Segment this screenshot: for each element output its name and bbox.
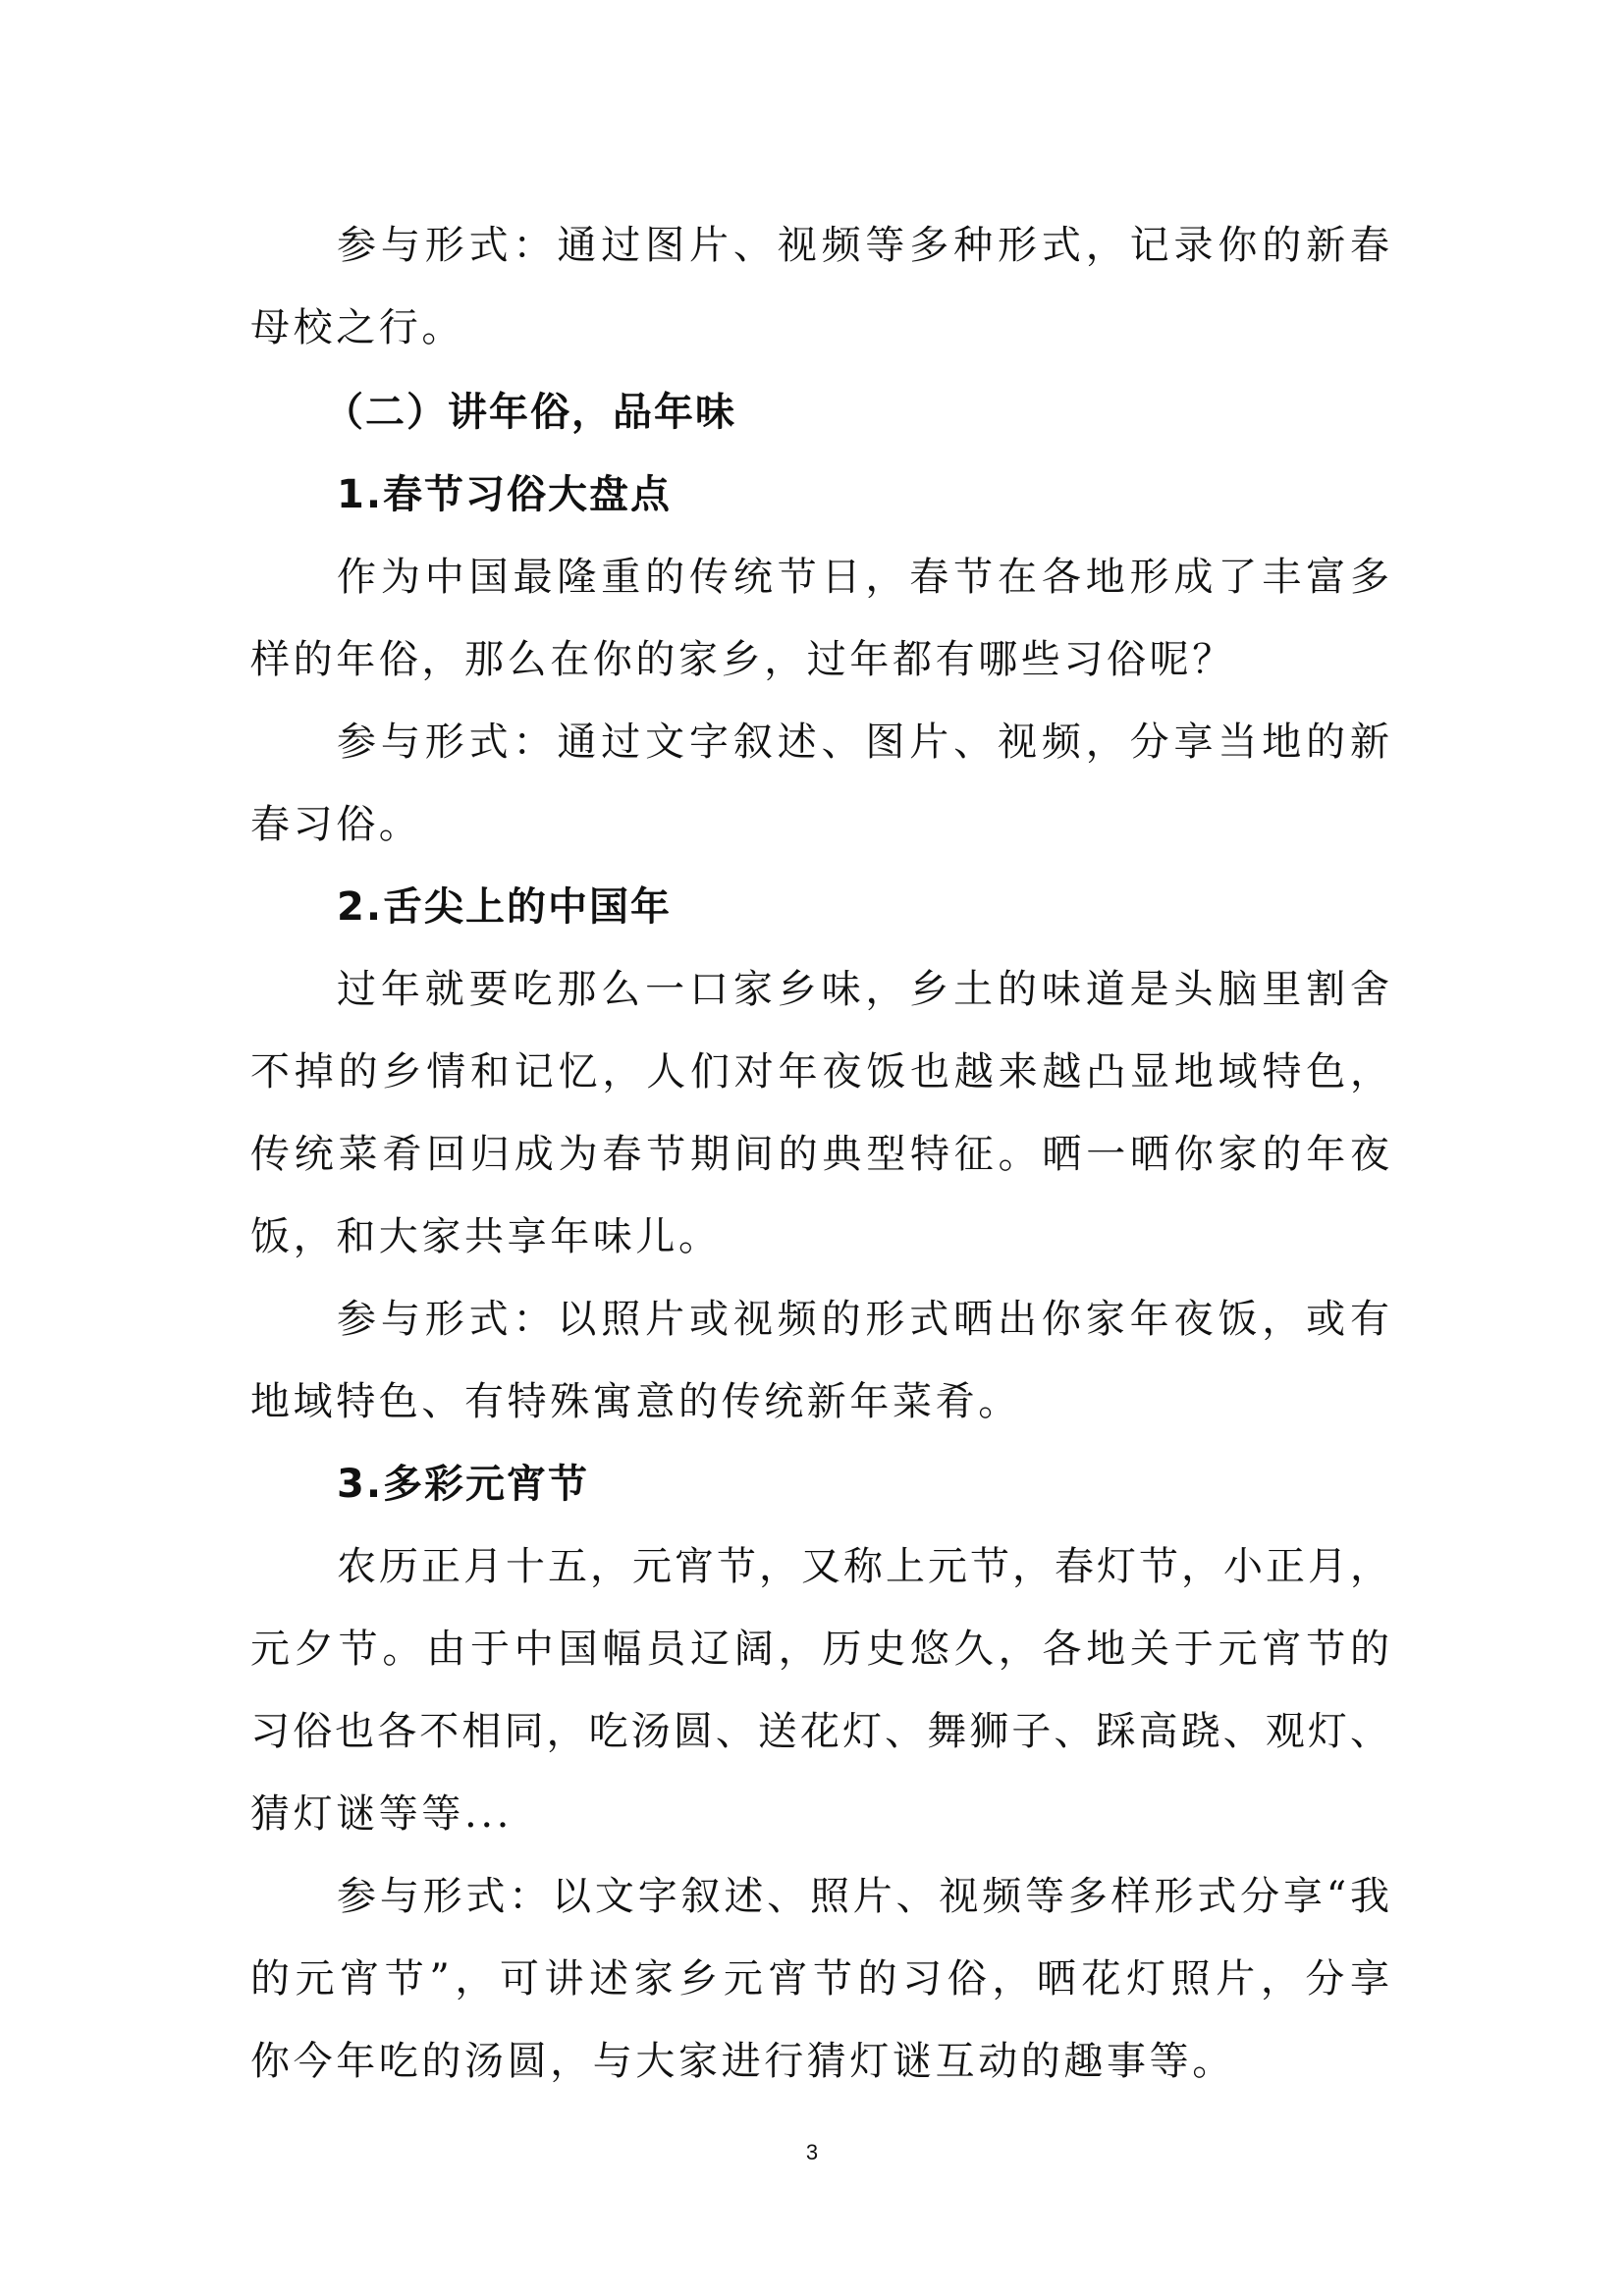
paragraph-line: 的元宵节”，可讲述家乡元宵节的习俗，晒花灯照片，分享 bbox=[250, 1949, 1389, 2008]
paragraph-line: 春习俗。 bbox=[250, 795, 1389, 854]
paragraph-line: 农历正月十五，元宵节，又称上元节，春灯节，小正月， bbox=[337, 1537, 1389, 1596]
paragraph-line: 习俗也各不相同，吃汤圆、送花灯、舞狮子、踩高跷、观灯、 bbox=[250, 1702, 1389, 1761]
paragraph-line: 样的年俗，那么在你的家乡，过年都有哪些习俗呢？ bbox=[250, 630, 1389, 689]
paragraph-line: 作为中国最隆重的传统节日，春节在各地形成了丰富多 bbox=[337, 548, 1389, 607]
subheading-chinese-new-year-cuisine: 2.舌尖上的中国年 bbox=[337, 878, 1476, 936]
paragraph-line: 不掉的乡情和记忆，人们对年夜饭也越来越凸显地域特色， bbox=[250, 1042, 1389, 1101]
paragraph-line: 母校之行。 bbox=[250, 298, 1389, 357]
section-heading: （二）讲年俗，品年味 bbox=[324, 383, 1463, 442]
paragraph-line: 参与形式：通过文字叙述、图片、视频，分享当地的新 bbox=[337, 713, 1389, 772]
paragraph-line: 元夕节。由于中国幅员辽阔，历史悠久，各地关于元宵节的 bbox=[250, 1620, 1389, 1679]
paragraph-line: 饭，和大家共享年味儿。 bbox=[250, 1207, 1389, 1266]
paragraph-line: 参与形式：通过图片、视频等多种形式，记录你的新春 bbox=[337, 216, 1389, 275]
paragraph-line: 参与形式：以文字叙述、照片、视频等多样形式分享“我 bbox=[337, 1867, 1389, 1926]
paragraph-line: 传统菜肴回归成为春节期间的典型特征。晒一晒你家的年夜 bbox=[250, 1125, 1389, 1184]
paragraph-line: 地域特色、有特殊寓意的传统新年菜肴。 bbox=[250, 1372, 1389, 1431]
page-number: 3 bbox=[0, 2140, 1624, 2165]
paragraph-line: 猜灯谜等等... bbox=[250, 1785, 1389, 1843]
paragraph-line: 过年就要吃那么一口家乡味，乡土的味道是头脑里割舍 bbox=[337, 960, 1389, 1019]
subheading-lantern-festival: 3.多彩元宵节 bbox=[337, 1455, 1476, 1514]
subheading-spring-festival-customs: 1.春节习俗大盘点 bbox=[337, 465, 1476, 524]
paragraph-line: 你今年吃的汤圆，与大家进行猜灯谜互动的趣事等。 bbox=[250, 2032, 1389, 2091]
document-page: 参与形式：通过图片、视频等多种形式，记录你的新春 母校之行。 （二）讲年俗，品年… bbox=[0, 0, 1624, 2296]
paragraph-line: 参与形式：以照片或视频的形式晒出你家年夜饭，或有 bbox=[337, 1290, 1389, 1349]
